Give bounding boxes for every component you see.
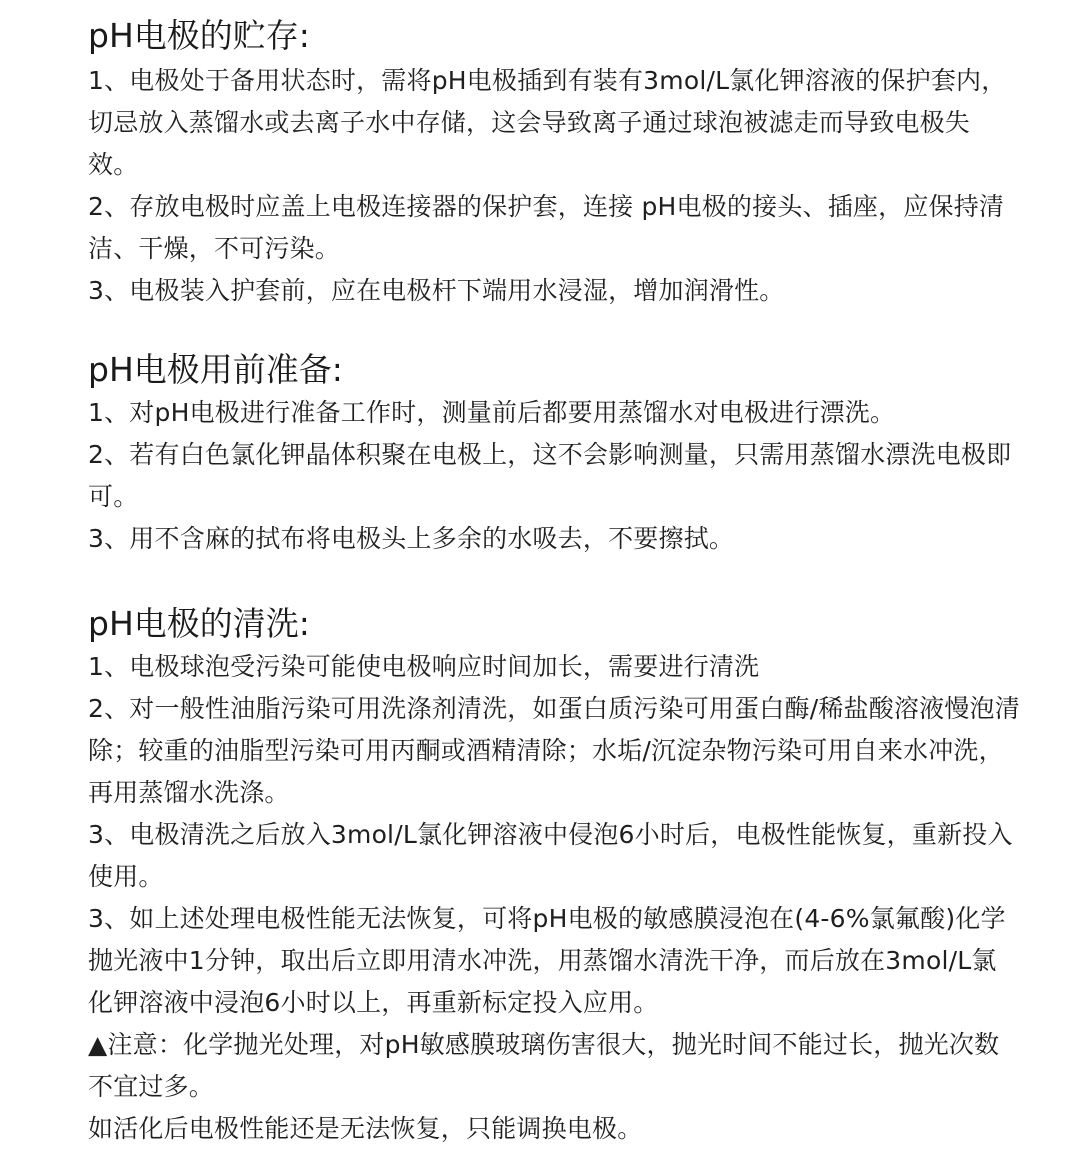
cleaning-warning-note: ▲注意：化学抛光处理，对pH敏感膜玻璃伤害很大，抛光时间不能过长，抛光次数不宜过… bbox=[88, 1024, 1020, 1108]
section-electrode-storage: pH电极的贮存: 1、电极处于备用状态时，需将pH电极插到有装有3mol/L氯化… bbox=[88, 16, 1020, 312]
section-title: pH电极用前准备: bbox=[88, 350, 1020, 390]
cleaning-final-note: 如活化后电极性能还是无法恢复，只能调换电极。 bbox=[88, 1108, 1020, 1150]
preparation-item-2: 2、若有白色氯化钾晶体积聚在电极上，这不会影响测量，只需用蒸馏水漂洗电极即可。 bbox=[88, 434, 1020, 518]
section-title: pH电极的清洗: bbox=[88, 604, 1020, 644]
preparation-item-3: 3、用不含麻的拭布将电极头上多余的水吸去，不要擦拭。 bbox=[88, 518, 1020, 560]
storage-item-3: 3、电极装入护套前，应在电极杆下端用水浸湿，增加润滑性。 bbox=[88, 270, 1020, 312]
section-electrode-preparation: pH电极用前准备: 1、对pH电极进行准备工作时，测量前后都要用蒸馏水对电极进行… bbox=[88, 350, 1020, 560]
storage-item-2: 2、存放电极时应盖上电极连接器的保护套，连接 pH电极的接头、插座，应保持清洁、… bbox=[88, 186, 1020, 270]
section-electrode-cleaning: pH电极的清洗: 1、电极球泡受污染可能使电极响应时间加长，需要进行清洗 2、对… bbox=[88, 604, 1020, 1150]
cleaning-item-1: 1、电极球泡受污染可能使电极响应时间加长，需要进行清洗 bbox=[88, 646, 1020, 688]
section-title: pH电极的贮存: bbox=[88, 16, 1020, 56]
cleaning-item-4: 3、如上述处理电极性能无法恢复，可将pH电极的敏感膜浸泡在(4-6%氯氟酸)化学… bbox=[88, 898, 1020, 1024]
cleaning-item-3: 3、电极清洗之后放入3mol/L氯化钾溶液中侵泡6小时后，电极性能恢复，重新投入… bbox=[88, 814, 1020, 898]
preparation-item-1: 1、对pH电极进行准备工作时，测量前后都要用蒸馏水对电极进行漂洗。 bbox=[88, 392, 1020, 434]
cleaning-item-2: 2、对一般性油脂污染可用洗涤剂清洗，如蛋白质污染可用蛋白酶/稀盐酸溶液慢泡清除；… bbox=[88, 688, 1020, 814]
storage-item-1: 1、电极处于备用状态时，需将pH电极插到有装有3mol/L氯化钾溶液的保护套内，… bbox=[88, 60, 1020, 186]
